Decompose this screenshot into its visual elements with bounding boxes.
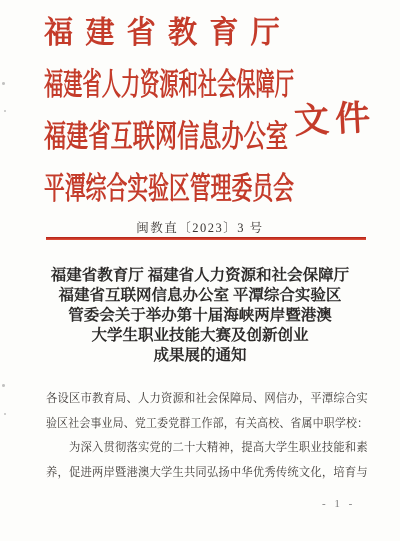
agency-name-line-1: 福建省教育厅 xyxy=(44,14,292,51)
body-line: 养，促进两岸暨港澳大学生共同弘扬中华优秀传统文化，培育与 xyxy=(46,460,368,485)
page-number: - 1 - xyxy=(322,498,355,510)
title-line: 大学生职业技能大赛及创新创业 xyxy=(0,326,400,346)
title-line: 管委会关于举办第十届海峡两岸暨港澳 xyxy=(0,306,400,326)
scan-speck xyxy=(4,110,6,112)
agency-name-line-2: 福建省人力资源和社会保障厅 xyxy=(44,66,294,103)
red-separator-line xyxy=(46,237,366,240)
doc-number: 闽教直〔2023〕3 号 xyxy=(0,218,400,236)
doc-type-label: 文件 xyxy=(293,90,378,144)
body-line: 为深入贯彻落实党的二十大精神，提高大学生职业技能和素 xyxy=(46,435,368,460)
title-line: 福建省教育厅 福建省人力资源和社会保障厅 xyxy=(0,266,400,286)
agency-name-line-3: 福建省互联网信息办公室 xyxy=(44,118,288,155)
scan-speck xyxy=(4,413,6,415)
scanned-official-document: 福建省教育厅 福建省人力资源和社会保障厅 福建省互联网信息办公室 平潭综合实验区… xyxy=(0,0,400,541)
scan-speck xyxy=(2,82,5,85)
title-line: 成果展的通知 xyxy=(0,346,400,366)
agency-name-line-4: 平潭综合实验区管理委员会 xyxy=(44,170,294,207)
document-title: 福建省教育厅 福建省人力资源和社会保障厅 福建省互联网信息办公室 平潭综合实验区… xyxy=(0,266,400,366)
title-line: 福建省互联网信息办公室 平潭综合实验区 xyxy=(0,286,400,306)
body-line: 验区社会事业局、党工委党群工作部，有关高校、省属中职学校： xyxy=(46,411,368,436)
body-paragraph: 各设区市教育局、人力资源和社会保障局、网信办，平潭综合实 验区社会事业局、党工委… xyxy=(46,386,368,484)
body-line: 各设区市教育局、人力资源和社会保障局、网信办，平潭综合实 xyxy=(46,386,368,411)
scan-speck xyxy=(2,384,5,387)
